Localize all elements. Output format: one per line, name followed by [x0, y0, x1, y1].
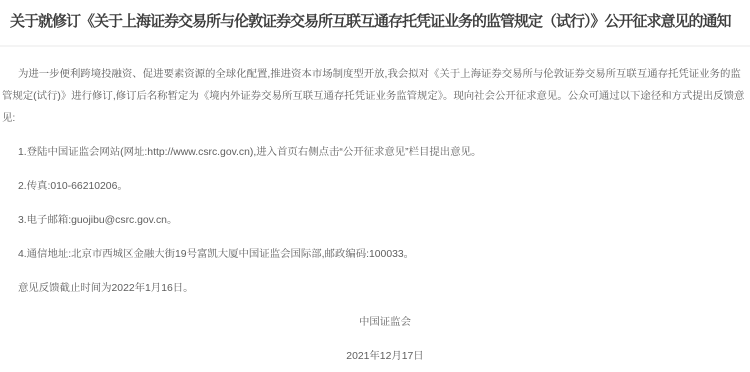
feedback-channel-fax: 2.传真:010-66210206。 [2, 176, 748, 198]
feedback-channel-website: 1.登陆中国证监会网站(网址:http://www.csrc.gov.cn),进… [2, 142, 748, 164]
title-divider [0, 45, 750, 47]
signature-org: 中国证监会 [2, 312, 748, 334]
signature-date: 2021年12月17日 [2, 346, 748, 368]
feedback-channel-email: 3.电子邮箱:guojibu@csrc.gov.cn。 [2, 210, 748, 232]
feedback-channel-postal-address: 4.通信地址:北京市西城区金融大街19号富凯大厦中国证监会国际部,邮政编码:10… [2, 244, 748, 266]
notice-document: 关于就修订《关于上海证券交易所与伦敦证券交易所互联互通存托凭证业务的监管规定（试… [0, 0, 750, 372]
page-title: 关于就修订《关于上海证券交易所与伦敦证券交易所互联互通存托凭证业务的监管规定（试… [10, 10, 748, 34]
notice-body: 为进一步便利跨境投融资、促进要素资源的全球化配置,推进资本市场制度型开放,我会拟… [2, 64, 748, 368]
deadline-text: 意见反馈截止时间为2022年1月16日。 [2, 278, 748, 300]
intro-paragraph: 为进一步便利跨境投融资、促进要素资源的全球化配置,推进资本市场制度型开放,我会拟… [2, 64, 748, 130]
